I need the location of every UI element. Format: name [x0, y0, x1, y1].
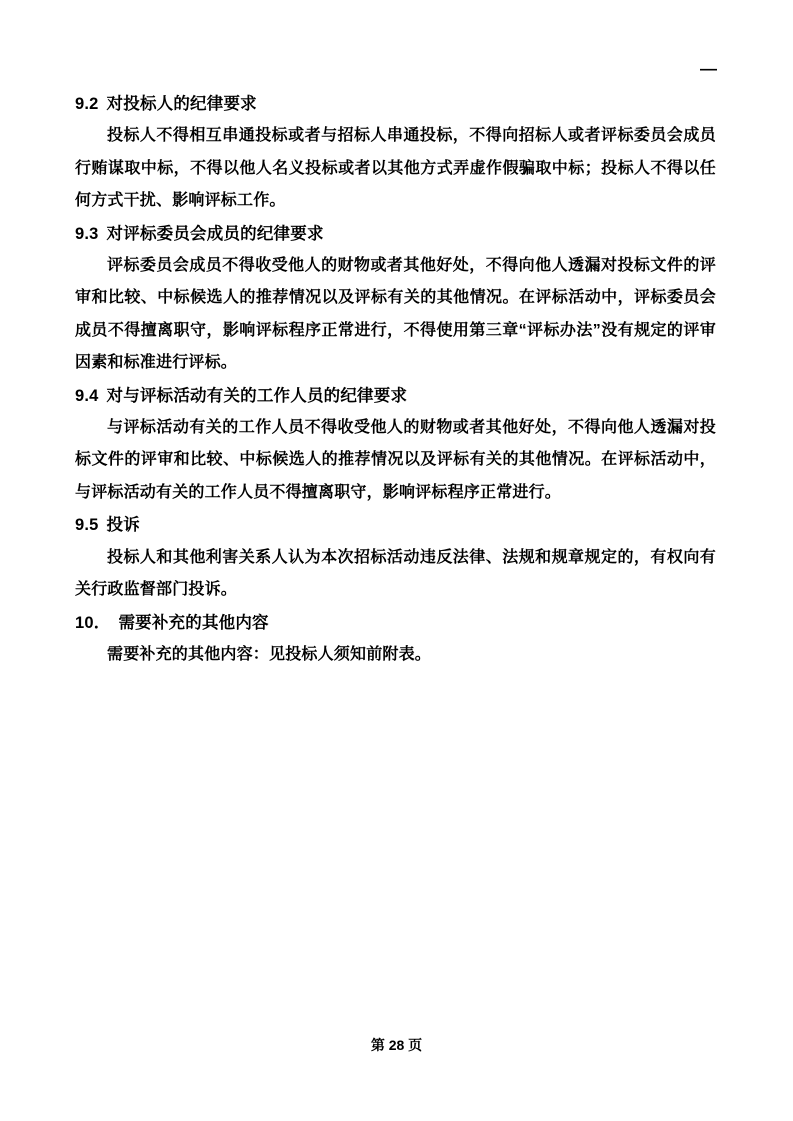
section-paragraph: 投标人不得相互串通投标或者与招标人串通投标，不得向招标人或者评标委员会成员行贿谋… — [75, 120, 716, 217]
section-number: 9.5 — [75, 509, 99, 541]
section-heading: 9.3对评标委员会成员的纪律要求 — [75, 218, 716, 250]
section-10: 10．需要补充的其他内容 需要补充的其他内容：见投标人须知前附表。 — [75, 607, 716, 672]
section-title: 对评标委员会成员的纪律要求 — [107, 225, 324, 243]
section-9-5: 9.5投诉 投标人和其他利害关系人认为本次招标活动违反法律、法规和规章规定的，有… — [75, 509, 716, 606]
section-number: 10． — [75, 607, 110, 639]
page-number: 第 28 页 — [371, 1037, 422, 1053]
section-title: 对投标人的纪律要求 — [107, 95, 257, 113]
section-heading: 9.4对与评标活动有关的工作人员的纪律要求 — [75, 380, 716, 412]
page-footer: 第 28 页 — [0, 1036, 793, 1054]
section-number: 9.3 — [75, 218, 99, 250]
section-number: 9.2 — [75, 88, 99, 120]
header-dash-mark: — — [700, 60, 717, 77]
document-page: — 9.2对投标人的纪律要求 投标人不得相互串通投标或者与招标人串通投标，不得向… — [0, 0, 793, 1121]
section-title: 投诉 — [107, 516, 140, 534]
section-9-4: 9.4对与评标活动有关的工作人员的纪律要求 与评标活动有关的工作人员不得收受他人… — [75, 380, 716, 510]
section-paragraph: 与评标活动有关的工作人员不得收受他人的财物或者其他好处，不得向他人透漏对投标文件… — [75, 412, 716, 509]
section-number: 9.4 — [75, 380, 99, 412]
section-9-3: 9.3对评标委员会成员的纪律要求 评标委员会成员不得收受他人的财物或者其他好处，… — [75, 218, 716, 380]
section-heading: 9.2对投标人的纪律要求 — [75, 88, 716, 120]
section-title: 对与评标活动有关的工作人员的纪律要求 — [107, 387, 408, 405]
section-title: 需要补充的其他内容 — [118, 614, 268, 632]
section-heading: 9.5投诉 — [75, 509, 716, 541]
section-paragraph: 评标委员会成员不得收受他人的财物或者其他好处，不得向他人透漏对投标文件的评审和比… — [75, 250, 716, 380]
section-paragraph: 投标人和其他利害关系人认为本次招标活动违反法律、法规和规章规定的，有权向有关行政… — [75, 542, 716, 607]
section-heading: 10．需要补充的其他内容 — [75, 607, 716, 639]
section-9-2: 9.2对投标人的纪律要求 投标人不得相互串通投标或者与招标人串通投标，不得向招标… — [75, 88, 716, 218]
document-content: 9.2对投标人的纪律要求 投标人不得相互串通投标或者与招标人串通投标，不得向招标… — [75, 88, 716, 671]
section-paragraph: 需要补充的其他内容：见投标人须知前附表。 — [75, 639, 716, 671]
